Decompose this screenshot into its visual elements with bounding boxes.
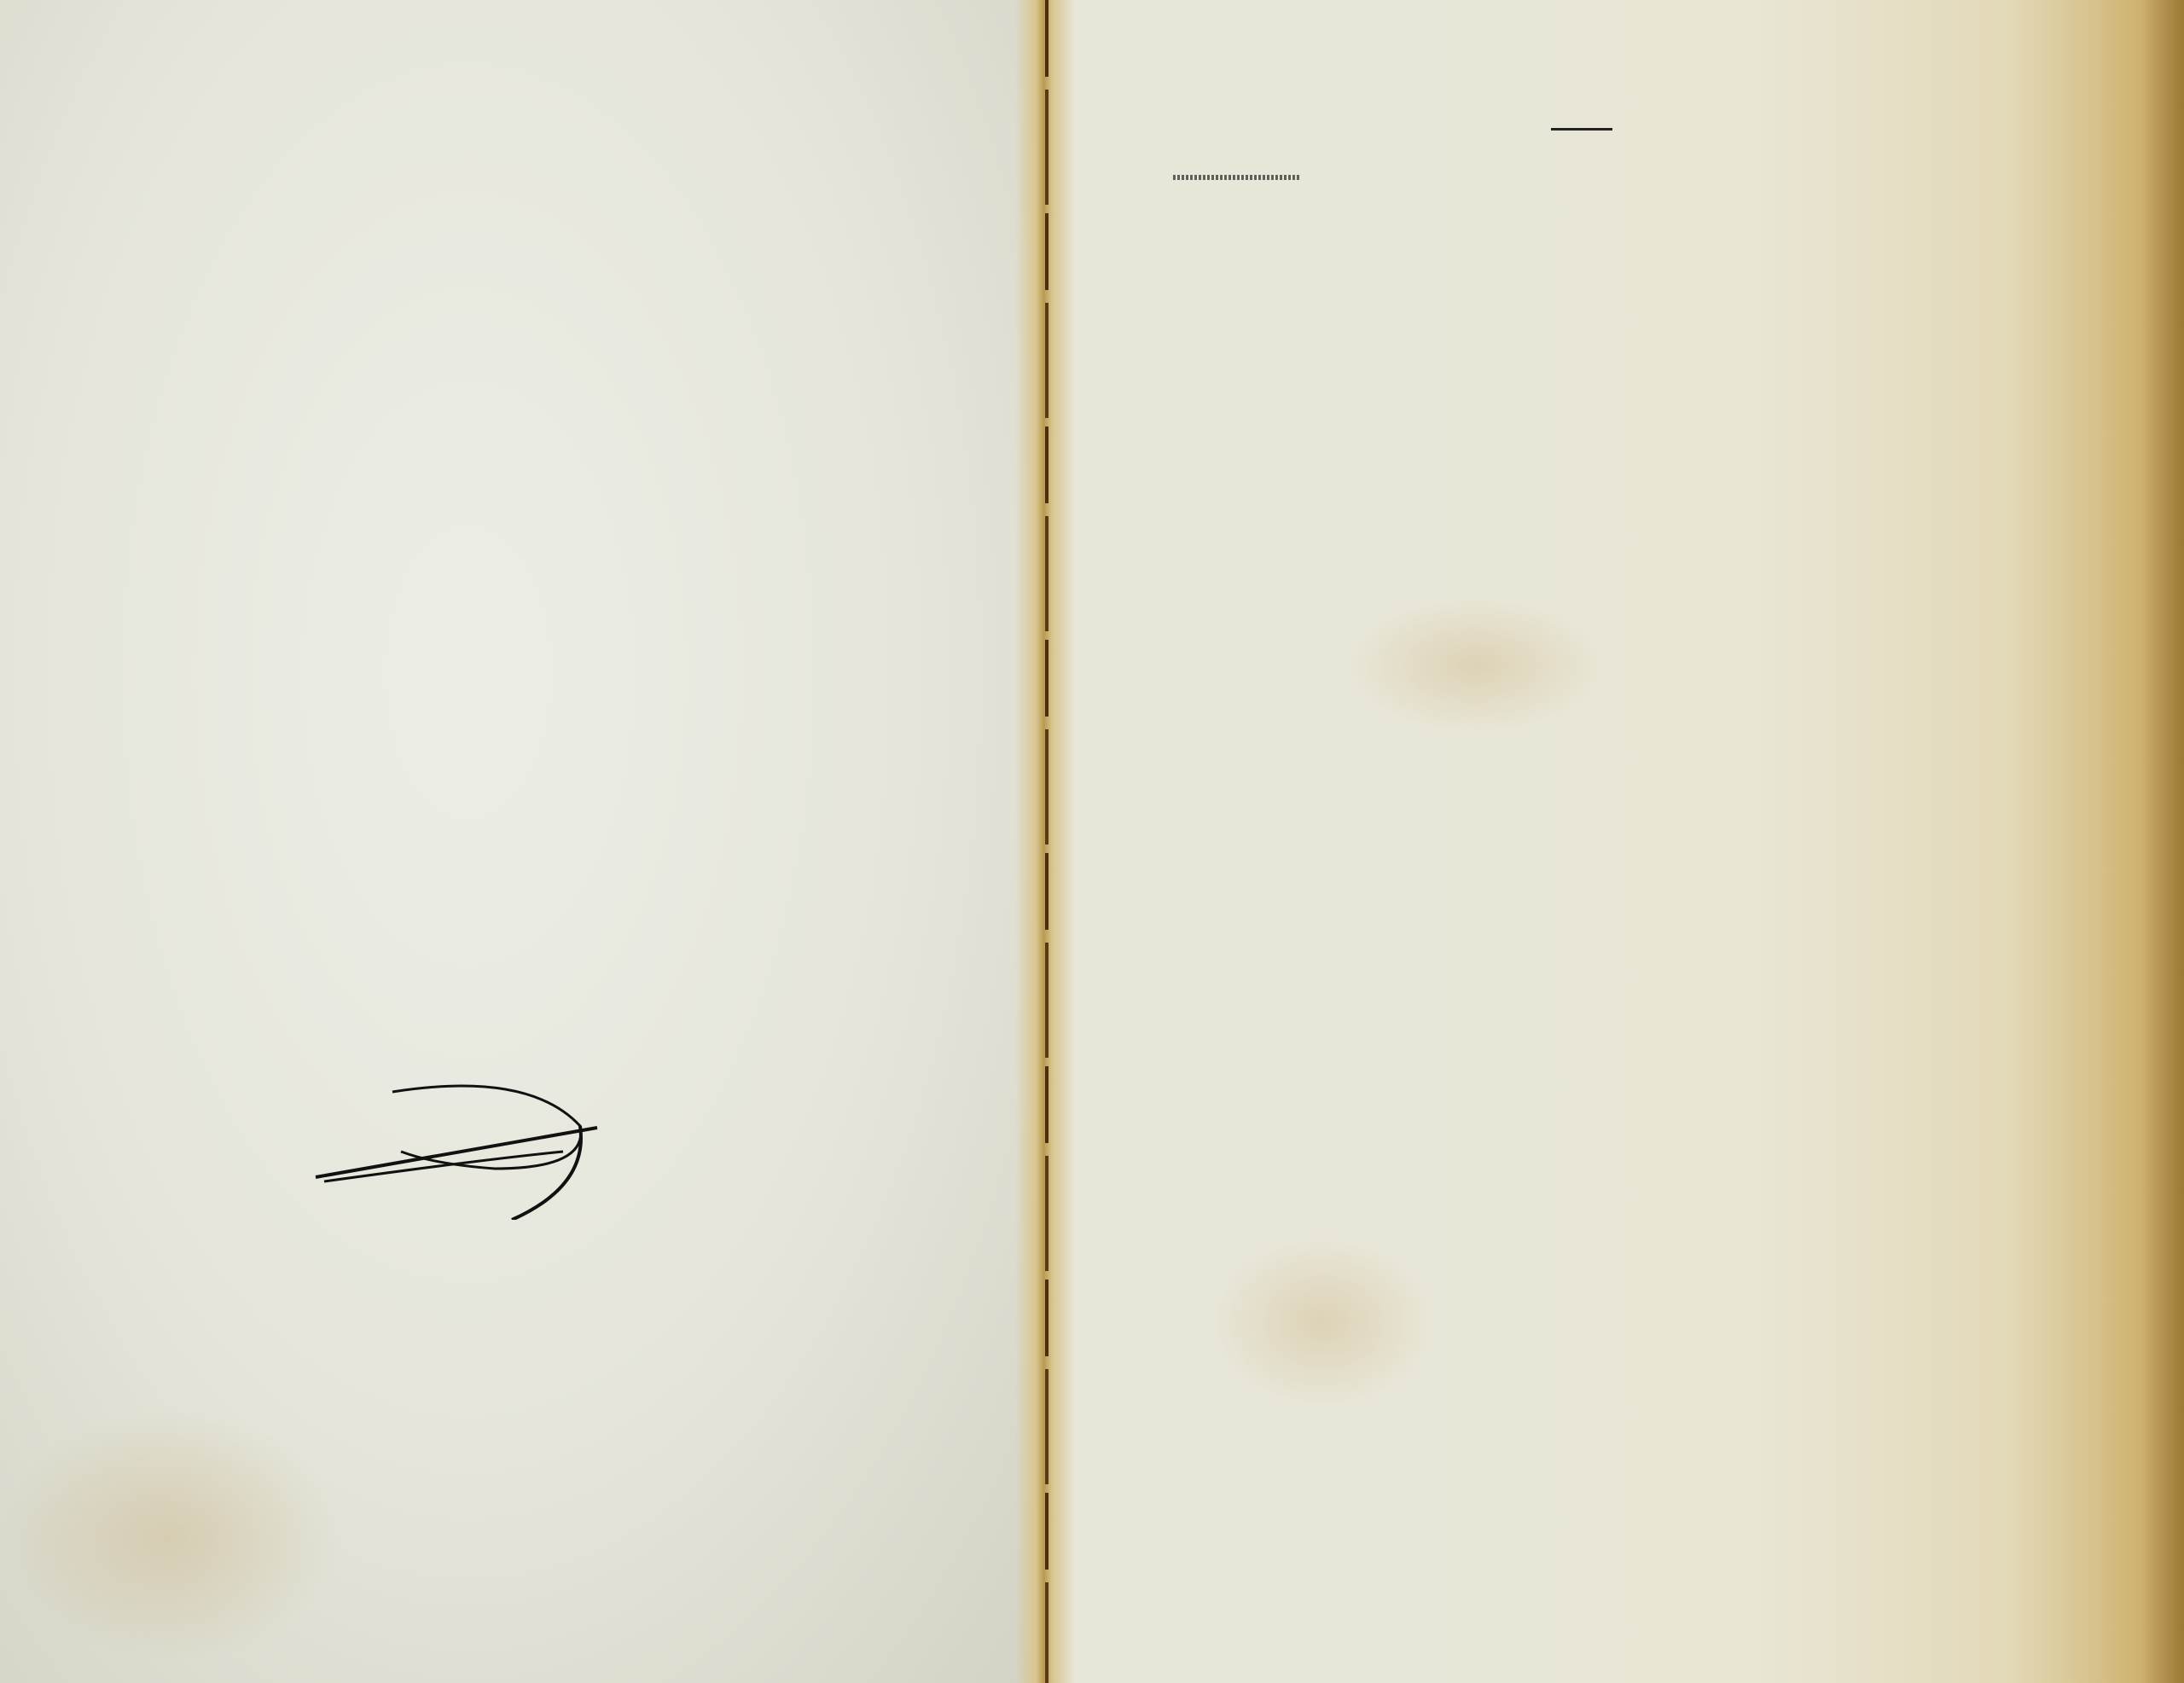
paper-stain — [1348, 597, 1604, 734]
book-spread — [0, 0, 2184, 1683]
paper-stain — [0, 1407, 341, 1663]
binding-thread — [1045, 0, 1048, 1683]
page-edge-shade — [2099, 0, 2184, 1683]
mayor-flourish — [307, 1075, 665, 1220]
paper-stain — [1211, 1237, 1433, 1407]
title-rule — [1551, 128, 1612, 131]
right-page — [1041, 0, 2184, 1683]
wavy-underline — [1173, 175, 1301, 180]
